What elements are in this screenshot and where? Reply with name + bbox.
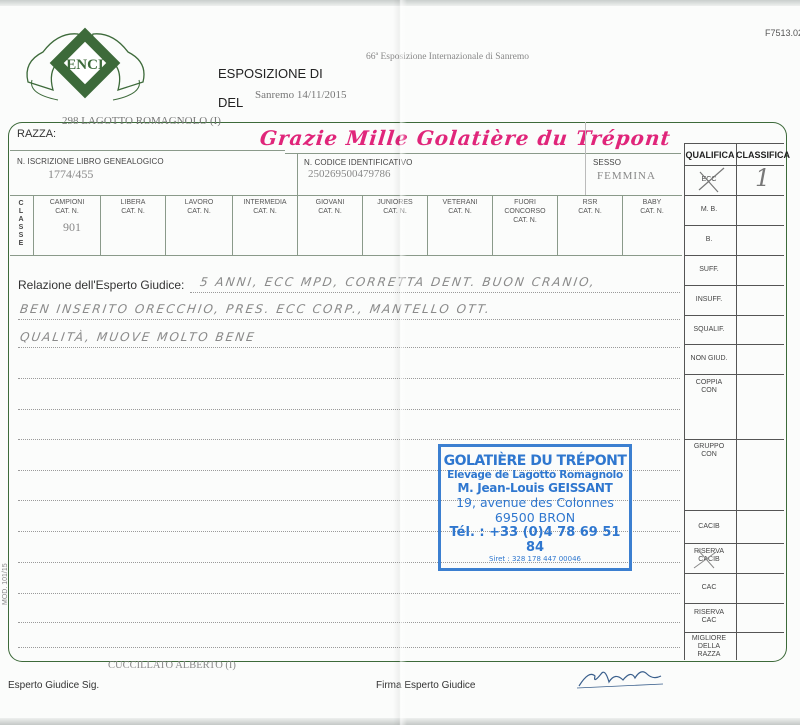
qualifica-riserva-cac[interactable]: RISERVA CAC [684, 609, 734, 625]
divider [285, 153, 681, 154]
classe-col-juniores: JUNIORESCAT. N. [363, 198, 427, 216]
handwritten-dedication: Grazie Mille Golatière du Trépont [259, 126, 672, 150]
scan-bottom-edge [0, 718, 800, 725]
libro-value: 1774/455 [48, 167, 93, 182]
stamp-phone: Tél. : +33 (0)4 78 69 51 84 [441, 525, 629, 555]
divider [684, 543, 784, 544]
divider [684, 344, 784, 345]
enci-logo: ENCI [18, 22, 153, 110]
libro-label: N. ISCRIZIONE LIBRO GENEALOGICO [17, 157, 164, 166]
qualifica-non-giud[interactable]: NON GIUD. [684, 355, 734, 363]
divider [684, 315, 784, 316]
stamp-subtitle: Elevage de Lagotto Romagnolo [441, 469, 629, 481]
razza-label: RAZZA: [17, 128, 56, 140]
divider [684, 510, 784, 511]
qualifica-cac[interactable]: CAC [684, 584, 734, 592]
divider [684, 439, 784, 440]
ruled-line [18, 409, 680, 410]
stamp-owner: M. Jean-Louis GEISSANT [441, 481, 629, 495]
classe-col-rsr: RSRCAT. N. [558, 198, 622, 216]
divider [297, 153, 298, 195]
date-value: Sanremo 14/11/2015 [255, 89, 347, 101]
divider [684, 195, 784, 196]
classifica-value: 1 [755, 164, 770, 192]
cross-mark-icon [696, 166, 728, 194]
divider [736, 143, 737, 660]
divider [684, 143, 685, 660]
judge-name: CUCCILLATO ALBERTO (I) [108, 660, 236, 671]
razza-value: 298 LAGOTTO ROMAGNOLO (I) [62, 115, 221, 127]
ruled-line [18, 378, 680, 379]
classe-col-libera: LIBERACAT. N. [101, 198, 165, 216]
codice-label: N. CODICE IDENTIFICATIVO [304, 158, 412, 167]
classe-col-fuori-concorso: FUORI CONCORSOCAT. N. [493, 198, 557, 225]
divider [684, 603, 784, 604]
scan-top-edge [0, 0, 800, 6]
form-code: F7513.02 [765, 28, 800, 38]
ruled-line [190, 292, 680, 293]
stamp-kennel-name: GOLATIÈRE DU TRÉPONT [441, 453, 629, 469]
mod-code: MOD. 101/15 [2, 563, 9, 605]
ruled-line [18, 439, 680, 440]
esposizione-label: ESPOSIZIONE DI [218, 66, 323, 81]
firma-label: Firma Esperto Giudice [376, 680, 475, 691]
qualifica-header: QUALIFICA [684, 150, 736, 160]
svg-text:ENCI: ENCI [66, 57, 104, 73]
qualifica-coppia-con[interactable]: COPPIA CON [684, 379, 734, 395]
sesso-value: FEMMINA [597, 170, 656, 182]
divider [684, 374, 784, 375]
ruled-line [18, 622, 680, 623]
classe-col-baby: BABYCAT. N. [623, 198, 681, 216]
divider [10, 150, 285, 151]
ruled-line [18, 347, 680, 348]
ruled-line [18, 647, 680, 648]
divider [684, 143, 784, 144]
classe-col-lavoro: LAVOROCAT. N. [166, 198, 232, 216]
classe-campioni-value: 901 [63, 220, 81, 235]
qualifica-cacib[interactable]: CACIB [684, 523, 734, 531]
relazione-line-3: QUALITÀ, MUOVE MOLTO BENE [19, 330, 257, 344]
classe-col-intermedia: INTERMEDIACAT. N. [233, 198, 297, 216]
kennel-stamp: GOLATIÈRE DU TRÉPONT Elevage de Lagotto … [438, 444, 632, 571]
relazione-line-1: 5 ANNI, ECC MPD, CORRETTA DENT. BUON CRA… [199, 275, 597, 289]
divider [10, 255, 682, 256]
sesso-label: SESSO [593, 158, 621, 167]
relazione-line-2: BEN INSERITO ORECCHIO, PRES. ECC CORP., … [19, 302, 492, 316]
ruled-line [18, 319, 680, 320]
divider [684, 285, 784, 286]
qualifica-insuff[interactable]: INSUFF. [684, 296, 734, 304]
qualifica-squalif[interactable]: SQUALIF. [684, 326, 734, 334]
cross-mark-icon [690, 548, 720, 570]
del-label: DEL [218, 95, 243, 110]
classe-col-campioni: CAMPIONICAT. N. [34, 198, 100, 216]
qualifica-gruppo-con[interactable]: GRUPPO CON [684, 443, 734, 459]
classifica-header: CLASSIFICA [736, 150, 786, 160]
qualifica-suff[interactable]: SUFF. [684, 266, 734, 274]
relazione-label: Relazione dell'Esperto Giudice: [18, 278, 184, 292]
stamp-street: 19, avenue des Colonnes [441, 495, 629, 510]
codice-value: 250269500479786 [308, 168, 391, 180]
divider [585, 122, 586, 195]
classe-col-veterani: VETERANICAT. N. [428, 198, 492, 216]
ruled-line [18, 593, 680, 594]
divider [684, 255, 784, 256]
stamp-siret: Siret : 328 178 447 00046 [441, 555, 629, 563]
judge-signature-icon [575, 664, 665, 690]
divider [684, 225, 784, 226]
stamp-city: 69500 BRON [441, 510, 629, 525]
expo-name: 66ª Esposizione Internazionale di Sanrem… [366, 52, 529, 62]
divider [10, 195, 682, 196]
divider [684, 632, 784, 633]
esperto-label: Esperto Giudice Sig. [8, 680, 99, 691]
qualifica-migliore-razza[interactable]: MIGLIORE DELLA RAZZA [684, 635, 734, 659]
divider [684, 573, 784, 574]
classe-label: CLASSE [14, 200, 28, 248]
classe-col-giovani: GIOVANICAT. N. [298, 198, 362, 216]
qualifica-mb[interactable]: M. B. [684, 206, 734, 214]
qualifica-b[interactable]: B. [684, 236, 734, 244]
